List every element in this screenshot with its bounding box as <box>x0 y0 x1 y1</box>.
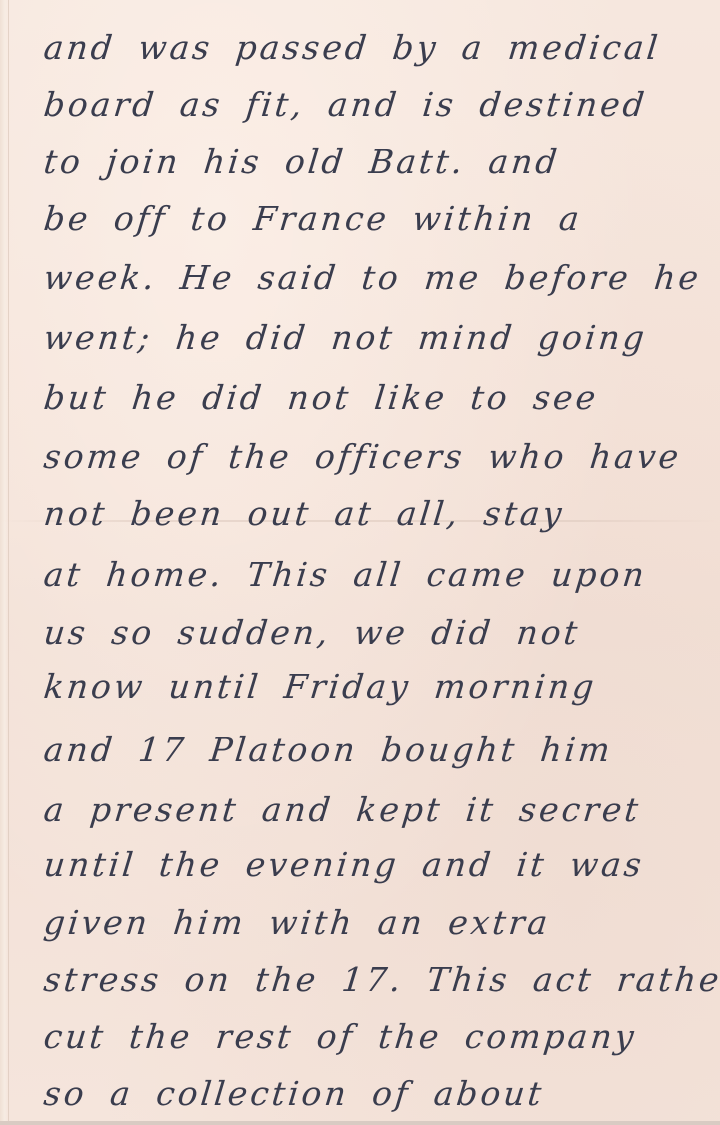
letter-line-14: a present and kept it secret <box>42 790 643 829</box>
paper-edge-line <box>8 0 9 1125</box>
letter-line-11: us so sudden, we did not <box>42 613 582 652</box>
letter-line-16: given him with an extra <box>42 903 552 942</box>
letter-line-13: and 17 Platoon bought him <box>42 730 615 769</box>
letter-line-19: so a collection of about <box>42 1074 546 1113</box>
letter-page: and was passed by a medical board as fit… <box>0 0 720 1125</box>
letter-line-9: not been out at all, stay <box>42 494 566 533</box>
letter-line-2: board as fit, and is destined <box>42 85 649 124</box>
letter-line-17: stress on the 17. This act rather <box>42 960 720 999</box>
letter-line-1: and was passed by a medical <box>42 28 662 67</box>
letter-line-15: until the evening and it was <box>42 845 646 884</box>
letter-line-5: week. He said to me before he <box>42 258 703 297</box>
paper-bottom-edge <box>0 1121 720 1125</box>
letter-line-12: know until Friday morning <box>42 667 599 706</box>
letter-line-10: at home. This all came upon <box>42 555 649 594</box>
letter-line-3: to join his old Batt. and <box>42 142 562 181</box>
letter-line-4: be off to France within a <box>42 199 584 238</box>
letter-line-6: went; he did not mind going <box>42 318 649 357</box>
paper-left-edge <box>0 0 8 1125</box>
letter-line-8: some of the officers who have <box>42 437 683 476</box>
letter-line-7: but he did not like to see <box>42 378 600 417</box>
letter-line-18: cut the rest of the company <box>42 1017 639 1056</box>
